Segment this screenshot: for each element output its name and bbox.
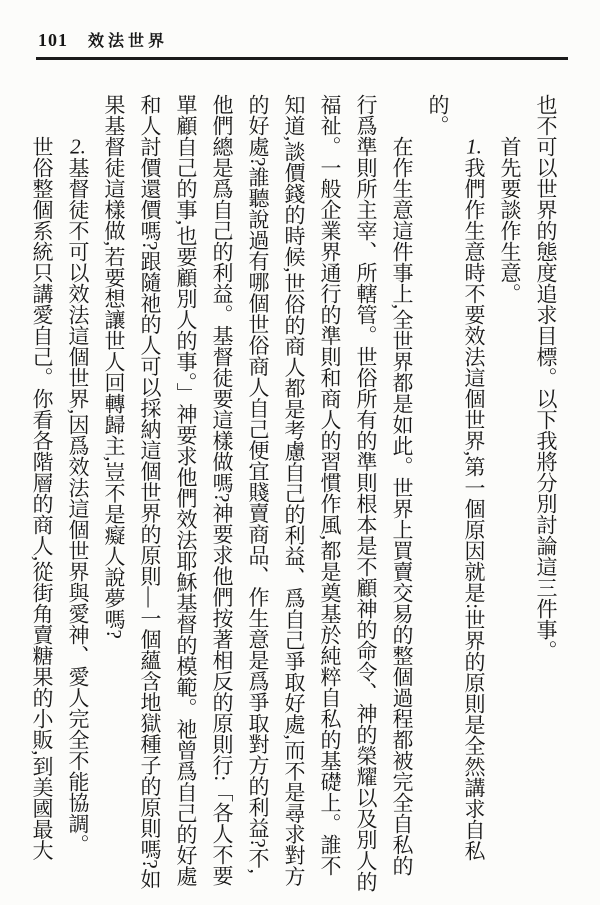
paragraph: 1.我們作生意時不要效法這個世界,第一個原因就是:世界的原則是全然講求自私的。	[420, 94, 492, 894]
book-page: 101 效法世界 也不可以世界的態度追求目標。以下我將分別討論這三件事。首先要談…	[0, 0, 600, 905]
paragraph: 首先要談作生意。	[492, 94, 528, 894]
paragraph: 世俗整個系統只講愛自己。你看各階層的商人,從街角賣糖果的小販,到美國最大	[24, 94, 60, 894]
page-header: 101 效法世界	[38, 28, 566, 51]
paragraph: 2.基督徒不可以效法這個世界,因爲效法這個世界與愛神、愛人完全不能協調。	[60, 94, 96, 894]
paragraph: 在作生意這件事上,全世界都是如此。世界上買賣交易的整個過程都被完全自私的行爲準則…	[96, 94, 420, 894]
header-rule	[36, 57, 568, 60]
list-number: 2.	[66, 136, 90, 157]
body-text: 也不可以世界的態度追求目標。以下我將分別討論這三件事。首先要談作生意。1.我們作…	[24, 94, 564, 894]
running-title: 效法世界	[88, 28, 168, 51]
list-number: 1.	[462, 136, 486, 157]
page-number: 101	[38, 30, 68, 51]
paragraph: 也不可以世界的態度追求目標。以下我將分別討論這三件事。	[528, 94, 564, 894]
